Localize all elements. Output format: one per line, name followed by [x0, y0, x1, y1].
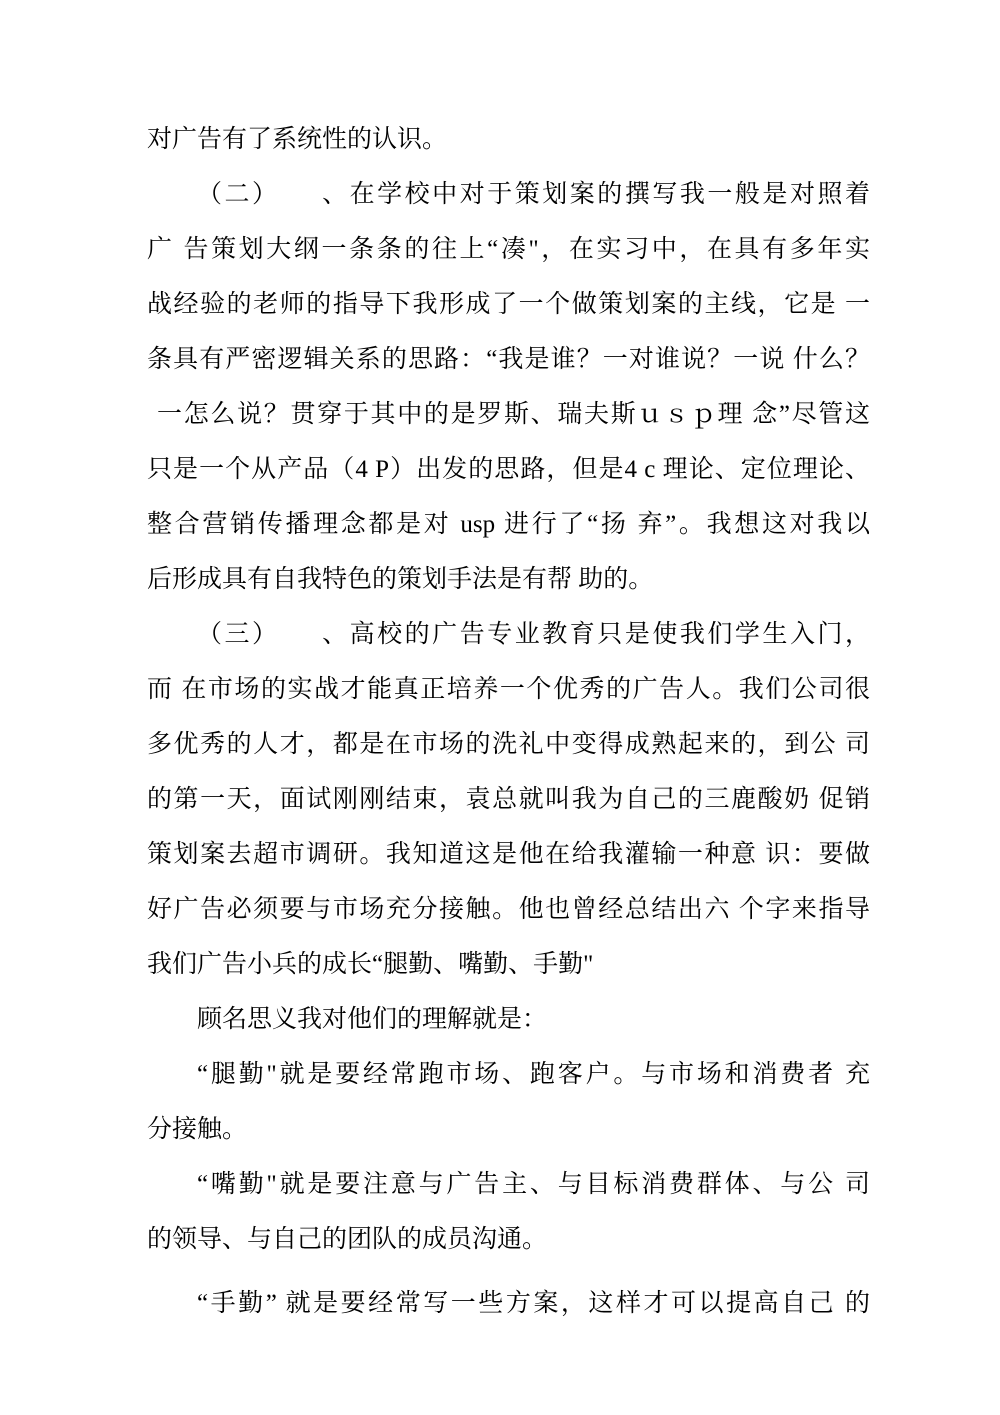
text-line: 整合营销传播理念都是对 usp 进行了“扬 弃”。我想这对我以 — [147, 497, 870, 552]
text-line: 条具有严密逻辑关系的思路：“我是谁？一对谁说？一说 什么？ — [147, 332, 870, 387]
text-line: 多优秀的人才，都是在市场的洗礼中变得成熟起来的，到公 司 — [147, 717, 870, 772]
text-line: 顾名思义我对他们的理解就是： — [147, 992, 870, 1047]
text-line: （三） 、高校的广告专业教育只是使我们学生入门， — [147, 607, 870, 662]
text-line: 我们广告小兵的成长“腿勤、嘴勤、手勤" — [147, 937, 870, 992]
text-line: 的领导、与自己的团队的成员沟通。 — [147, 1212, 870, 1267]
text-line: “手勤” 就是要经常写一些方案，这样才可以提高自己 的 — [147, 1276, 870, 1331]
text-line: 一怎么说？贯穿于其中的是罗斯、瑞夫斯ｕｓｐ理 念”尽管这 — [147, 387, 870, 442]
text-line: 策划案去超市调研。我知道这是他在给我灌输一种意 识：要做 — [147, 827, 870, 882]
document-page: 对广告有了系统性的认识。（二） 、在学校中对于策划案的撰写我一般是对照着广 告策… — [0, 0, 1000, 1415]
text-line: “嘴勤"就是要注意与广告主、与目标消费群体、与公 司 — [147, 1157, 870, 1212]
text-line: 广 告策划大纲一条条的往上“凑"，在实习中，在具有多年实 — [147, 222, 870, 277]
text-line: 的第一天，面试刚刚结束，袁总就叫我为自己的三鹿酸奶 促销 — [147, 772, 870, 827]
text-line: 后形成具有自我特色的策划手法是有帮 助的。 — [147, 552, 870, 607]
text-line: 分接触。 — [147, 1102, 870, 1157]
text-line: “腿勤"就是要经常跑市场、跑客户。与市场和消费者 充 — [147, 1047, 870, 1102]
document-body: 对广告有了系统性的认识。（二） 、在学校中对于策划案的撰写我一般是对照着广 告策… — [147, 112, 870, 1331]
text-line: 只是一个从产品（4 P）出发的思路，但是4 c 理论、定位理论、 — [147, 442, 870, 497]
text-line: 战经验的老师的指导下我形成了一个做策划案的主线，它是 一 — [147, 277, 870, 332]
text-line: 而 在市场的实战才能真正培养一个优秀的广告人。我们公司很 — [147, 662, 870, 717]
text-line: （二） 、在学校中对于策划案的撰写我一般是对照着 — [147, 167, 870, 222]
text-line: 好广告必须要与市场充分接触。他也曾经总结出六 个字来指导 — [147, 882, 870, 937]
text-line: 对广告有了系统性的认识。 — [147, 112, 870, 167]
